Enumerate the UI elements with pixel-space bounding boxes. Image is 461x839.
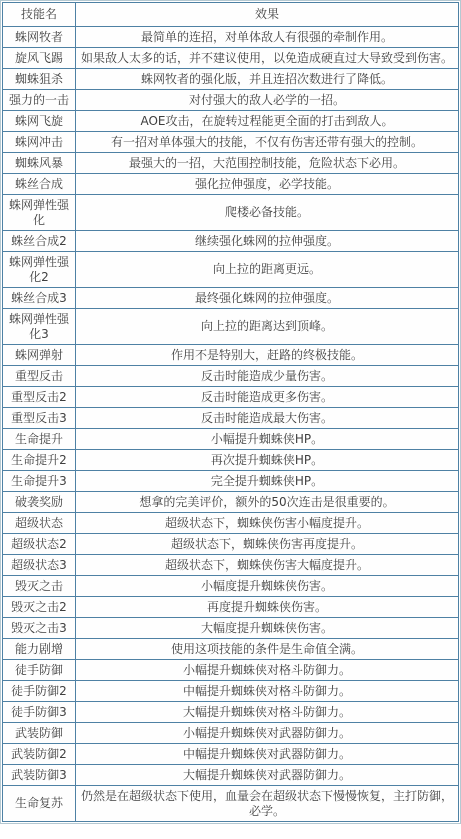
effect-cell: 作用不是特别大，赶路的终极技能。: [76, 345, 459, 366]
skill-name-cell: 能力剧增: [3, 639, 76, 660]
skill-name-cell: 超级状态3: [3, 555, 76, 576]
table-row: 生命复苏仍然是在超级状态下使用，血量会在超级状态下慢慢恢复，主打防御，必学。: [3, 786, 459, 822]
skills-table: 技能名 效果 蛛网牧者最简单的连招，对单体敌人有很强的牵制作用。旋风飞踢如果敌人…: [2, 2, 459, 822]
effect-cell: 仍然是在超级状态下使用，血量会在超级状态下慢慢恢复，主打防御，必学。: [76, 786, 459, 822]
table-row: 重型反击3反击时能造成最大伤害。: [3, 408, 459, 429]
table-row: 生命提升2再次提升蜘蛛侠HP。: [3, 450, 459, 471]
effect-cell: 蛛网牧者的强化版，并且连招次数进行了降低。: [76, 69, 459, 90]
skill-name-cell: 重型反击3: [3, 408, 76, 429]
column-header-skill-name: 技能名: [3, 3, 76, 27]
effect-cell: 中幅提升蜘蛛侠对武器防御力。: [76, 744, 459, 765]
effect-cell: 强化拉伸强度，必学技能。: [76, 174, 459, 195]
table-row: 毁灭之击3大幅度提升蜘蛛侠伤害。: [3, 618, 459, 639]
skill-name-cell: 蛛网飞旋: [3, 111, 76, 132]
table-row: 生命提升3完全提升蜘蛛侠HP。: [3, 471, 459, 492]
skill-name-cell: 生命复苏: [3, 786, 76, 822]
table-row: 毁灭之击2再度提升蜘蛛侠伤害。: [3, 597, 459, 618]
effect-cell: 爬楼必备技能。: [76, 195, 459, 231]
effect-cell: 如果敌人太多的话，并不建议使用，以免造成硬直过大导致受到伤害。: [76, 48, 459, 69]
table-body: 蛛网牧者最简单的连招，对单体敌人有很强的牵制作用。旋风飞踢如果敌人太多的话，并不…: [3, 27, 459, 822]
skill-name-cell: 蜘蛛狙杀: [3, 69, 76, 90]
table-row: 强力的一击对付强大的敌人必学的一招。: [3, 90, 459, 111]
skill-name-cell: 超级状态: [3, 513, 76, 534]
skill-name-cell: 蛛丝合成2: [3, 231, 76, 252]
table-row: 破袭奖励想拿的完美评价，额外的50次连击是很重要的。: [3, 492, 459, 513]
table-row: 徒手防御小幅提升蜘蛛侠对格斗防御力。: [3, 660, 459, 681]
skill-name-cell: 蛛网弹性强化: [3, 195, 76, 231]
skill-name-cell: 蛛网牧者: [3, 27, 76, 48]
table-row: 重型反击反击时能造成少量伤害。: [3, 366, 459, 387]
effect-cell: 超级状态下，蜘蛛侠伤害小幅度提升。: [76, 513, 459, 534]
skill-name-cell: 蛛丝合成: [3, 174, 76, 195]
effect-cell: AOE攻击，在旋转过程能更全面的打击到敌人。: [76, 111, 459, 132]
table-row: 超级状态3超级状态下，蜘蛛侠伤害大幅度提升。: [3, 555, 459, 576]
skill-name-cell: 毁灭之击3: [3, 618, 76, 639]
table-row: 武装防御2中幅提升蜘蛛侠对武器防御力。: [3, 744, 459, 765]
table-row: 重型反击2反击时能造成更多伤害。: [3, 387, 459, 408]
effect-cell: 最强大的一招，大范围控制技能，危险状态下必用。: [76, 153, 459, 174]
table-row: 超级状态2超级状态下，蜘蛛侠伤害再度提升。: [3, 534, 459, 555]
skill-name-cell: 蛛网弹性强化3: [3, 309, 76, 345]
effect-cell: 继续强化蛛网的拉伸强度。: [76, 231, 459, 252]
table-row: 蛛网弹射作用不是特别大，赶路的终极技能。: [3, 345, 459, 366]
skill-name-cell: 徒手防御: [3, 660, 76, 681]
effect-cell: 中幅提升蜘蛛侠对格斗防御力。: [76, 681, 459, 702]
table-row: 徒手防御2中幅提升蜘蛛侠对格斗防御力。: [3, 681, 459, 702]
table-row: 武装防御3大幅提升蜘蛛侠对武器防御力。: [3, 765, 459, 786]
effect-cell: 最简单的连招，对单体敌人有很强的牵制作用。: [76, 27, 459, 48]
skill-name-cell: 强力的一击: [3, 90, 76, 111]
table-row: 蛛网飞旋AOE攻击，在旋转过程能更全面的打击到敌人。: [3, 111, 459, 132]
skills-table-container: 技能名 效果 蛛网牧者最简单的连招，对单体敌人有很强的牵制作用。旋风飞踢如果敌人…: [0, 0, 461, 824]
table-row: 生命提升小幅提升蜘蛛侠HP。: [3, 429, 459, 450]
effect-cell: 完全提升蜘蛛侠HP。: [76, 471, 459, 492]
skill-name-cell: 武装防御2: [3, 744, 76, 765]
table-row: 蛛网弹性强化2向上拉的距离更远。: [3, 252, 459, 288]
effect-cell: 小幅提升蜘蛛侠对格斗防御力。: [76, 660, 459, 681]
table-row: 蛛网牧者最简单的连招，对单体敌人有很强的牵制作用。: [3, 27, 459, 48]
table-row: 蛛网弹性强化3向上拉的距离达到顶峰。: [3, 309, 459, 345]
skill-name-cell: 超级状态2: [3, 534, 76, 555]
skill-name-cell: 生命提升2: [3, 450, 76, 471]
skill-name-cell: 蛛网冲击: [3, 132, 76, 153]
effect-cell: 小幅度提升蜘蛛侠伤害。: [76, 576, 459, 597]
effect-cell: 小幅提升蜘蛛侠HP。: [76, 429, 459, 450]
skill-name-cell: 毁灭之击2: [3, 597, 76, 618]
skill-name-cell: 徒手防御3: [3, 702, 76, 723]
effect-cell: 大幅提升蜘蛛侠对格斗防御力。: [76, 702, 459, 723]
effect-cell: 最终强化蛛网的拉伸强度。: [76, 288, 459, 309]
skill-name-cell: 重型反击2: [3, 387, 76, 408]
effect-cell: 反击时能造成少量伤害。: [76, 366, 459, 387]
effect-cell: 超级状态下，蜘蛛侠伤害大幅度提升。: [76, 555, 459, 576]
table-row: 武装防御小幅提升蜘蛛侠对武器防御力。: [3, 723, 459, 744]
table-row: 蜘蛛狙杀蛛网牧者的强化版，并且连招次数进行了降低。: [3, 69, 459, 90]
table-row: 旋风飞踢如果敌人太多的话，并不建议使用，以免造成硬直过大导致受到伤害。: [3, 48, 459, 69]
skill-name-cell: 生命提升: [3, 429, 76, 450]
table-row: 能力剧增使用这项技能的条件是生命值全满。: [3, 639, 459, 660]
effect-cell: 使用这项技能的条件是生命值全满。: [76, 639, 459, 660]
effect-cell: 小幅提升蜘蛛侠对武器防御力。: [76, 723, 459, 744]
table-row: 蜘蛛风暴最强大的一招，大范围控制技能，危险状态下必用。: [3, 153, 459, 174]
skill-name-cell: 生命提升3: [3, 471, 76, 492]
table-row: 蛛丝合成2继续强化蛛网的拉伸强度。: [3, 231, 459, 252]
effect-cell: 大幅提升蜘蛛侠对武器防御力。: [76, 765, 459, 786]
effect-cell: 向上拉的距离更远。: [76, 252, 459, 288]
header-row: 技能名 效果: [3, 3, 459, 27]
column-header-effect: 效果: [76, 3, 459, 27]
skill-name-cell: 蛛丝合成3: [3, 288, 76, 309]
skill-name-cell: 毁灭之击: [3, 576, 76, 597]
skill-name-cell: 徒手防御2: [3, 681, 76, 702]
table-row: 超级状态超级状态下，蜘蛛侠伤害小幅度提升。: [3, 513, 459, 534]
skill-name-cell: 旋风飞踢: [3, 48, 76, 69]
table-row: 蛛网弹性强化爬楼必备技能。: [3, 195, 459, 231]
table-row: 徒手防御3大幅提升蜘蛛侠对格斗防御力。: [3, 702, 459, 723]
skill-name-cell: 重型反击: [3, 366, 76, 387]
skill-name-cell: 蛛网弹射: [3, 345, 76, 366]
effect-cell: 想拿的完美评价，额外的50次连击是很重要的。: [76, 492, 459, 513]
effect-cell: 向上拉的距离达到顶峰。: [76, 309, 459, 345]
table-row: 蛛网冲击有一招对单体强大的技能，不仅有伤害还带有强大的控制。: [3, 132, 459, 153]
skill-name-cell: 蜘蛛风暴: [3, 153, 76, 174]
effect-cell: 反击时能造成更多伤害。: [76, 387, 459, 408]
skill-name-cell: 武装防御: [3, 723, 76, 744]
effect-cell: 有一招对单体强大的技能，不仅有伤害还带有强大的控制。: [76, 132, 459, 153]
skill-name-cell: 蛛网弹性强化2: [3, 252, 76, 288]
table-row: 毁灭之击小幅度提升蜘蛛侠伤害。: [3, 576, 459, 597]
effect-cell: 再度提升蜘蛛侠伤害。: [76, 597, 459, 618]
skill-name-cell: 破袭奖励: [3, 492, 76, 513]
table-row: 蛛丝合成强化拉伸强度，必学技能。: [3, 174, 459, 195]
effect-cell: 超级状态下，蜘蛛侠伤害再度提升。: [76, 534, 459, 555]
table-row: 蛛丝合成3最终强化蛛网的拉伸强度。: [3, 288, 459, 309]
effect-cell: 对付强大的敌人必学的一招。: [76, 90, 459, 111]
effect-cell: 大幅度提升蜘蛛侠伤害。: [76, 618, 459, 639]
skill-name-cell: 武装防御3: [3, 765, 76, 786]
effect-cell: 反击时能造成最大伤害。: [76, 408, 459, 429]
effect-cell: 再次提升蜘蛛侠HP。: [76, 450, 459, 471]
